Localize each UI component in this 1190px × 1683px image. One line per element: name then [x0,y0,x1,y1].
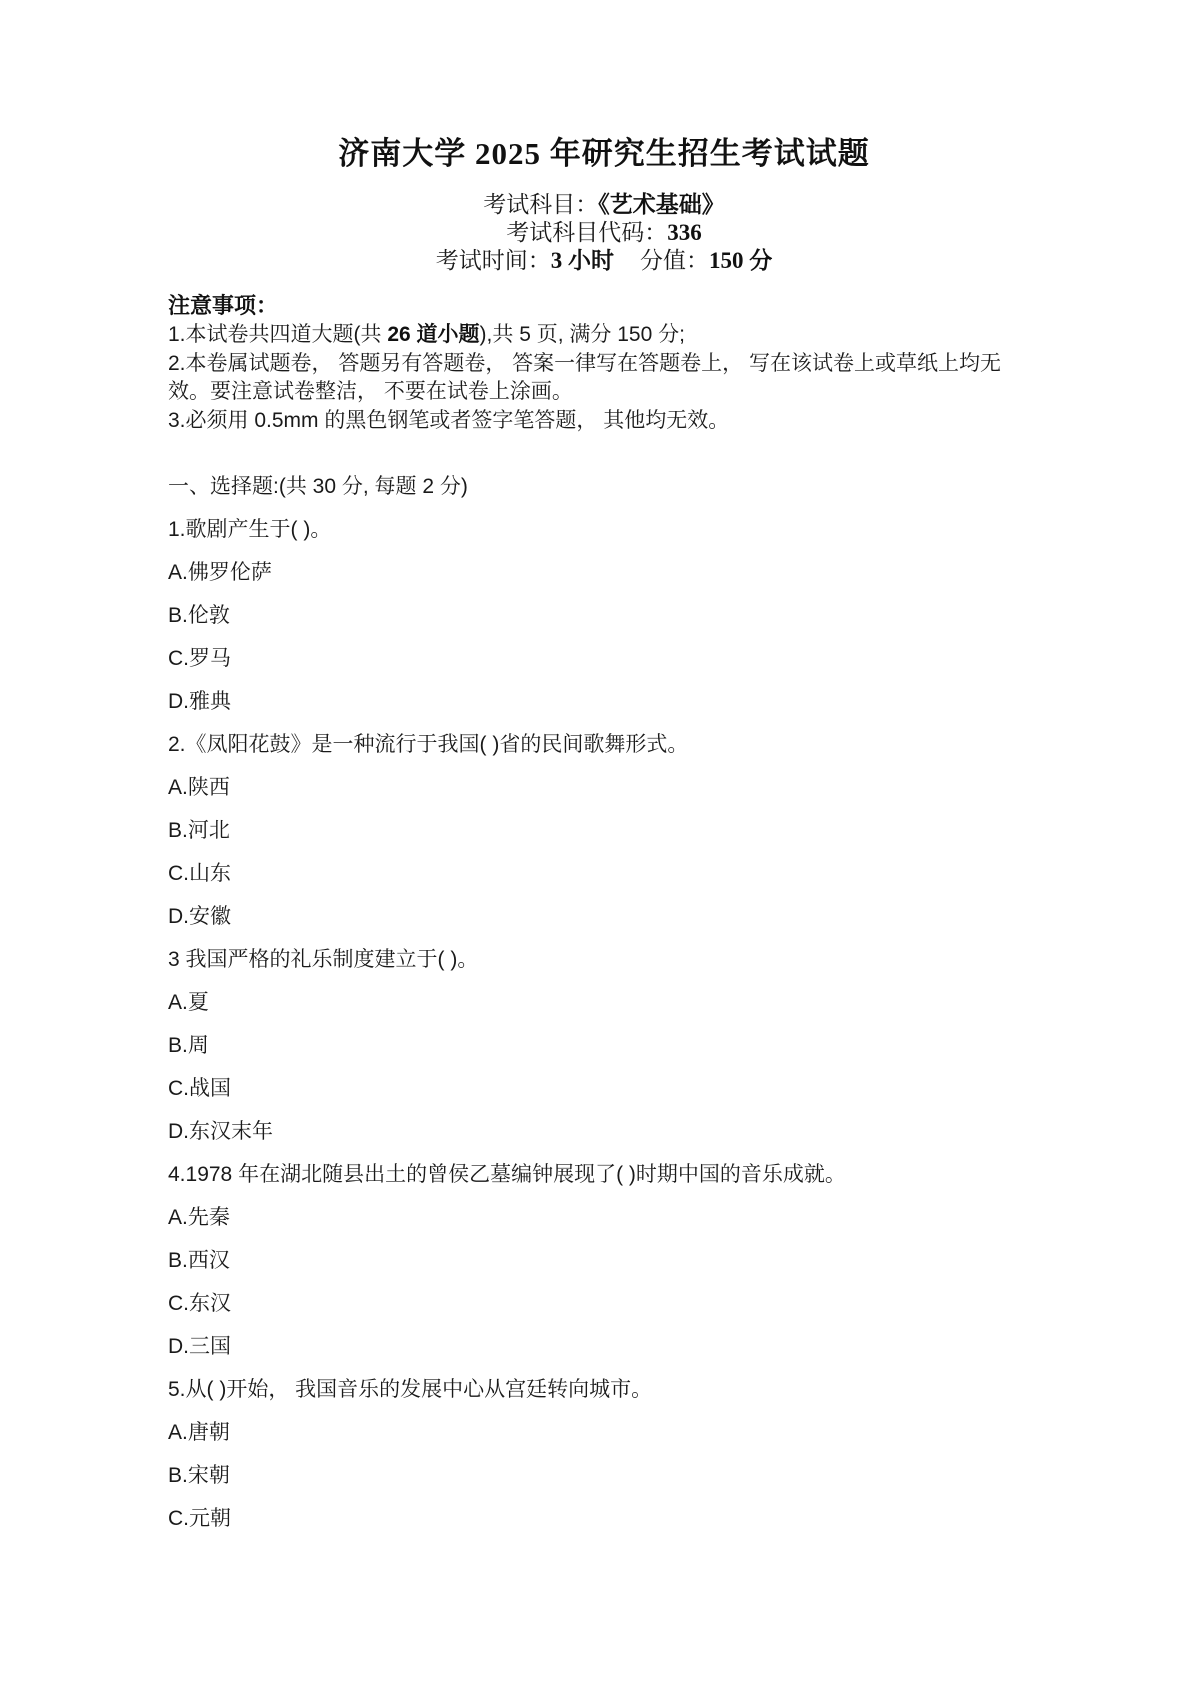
question-3-option-b: B.周 [168,1024,1040,1067]
question-5-option-a: A.唐朝 [168,1411,1040,1454]
question-4-text: 4.1978 年在湖北随县出土的曾侯乙墓编钟展现了( )时期中国的音乐成就。 [168,1153,1040,1196]
section-heading: 一、选择题:(共 30 分, 每题 2 分) [168,465,1040,508]
question-2-option-d: D.安徽 [168,895,1040,938]
exam-paper-page: 济南大学 2025 年研究生招生考试试题 考试科目：《艺术基础》 考试科目代码：… [0,0,1190,1683]
notice-item-1-post: ),共 5 页, 满分 150 分; [480,323,685,346]
question-5-option-c: C.元朝 [168,1497,1040,1540]
question-4-option-a: A.先秦 [168,1196,1040,1239]
question-2-text: 2.《凤阳花鼓》是一种流行于我国( )省的民间歌舞形式。 [168,723,1040,766]
question-2-option-c: C.山东 [168,852,1040,895]
exam-subject-line: 考试科目：《艺术基础》 [168,191,1040,219]
question-4-option-c: C.东汉 [168,1282,1040,1325]
exam-score-value: 150 分 [709,248,772,273]
question-1-option-c: C.罗马 [168,637,1040,680]
page-title: 济南大学 2025 年研究生招生考试试题 [168,128,1040,173]
multiple-choice-section: 一、选择题:(共 30 分, 每题 2 分) 1.歌剧产生于( )。 A.佛罗伦… [168,465,1040,1540]
question-2-option-a: A.陕西 [168,766,1040,809]
exam-time-label: 考试时间： [436,248,551,273]
question-1-option-d: D.雅典 [168,680,1040,723]
question-5-option-b: B.宋朝 [168,1454,1040,1497]
question-1-option-a: A.佛罗伦萨 [168,551,1040,594]
question-4-option-d: D.三国 [168,1325,1040,1368]
question-3-option-d: D.东汉末年 [168,1110,1040,1153]
exam-subject-label: 考试科目： [483,192,598,217]
notices-heading: 注意事项： [168,291,1040,321]
question-2-option-b: B.河北 [168,809,1040,852]
question-5-text: 5.从( )开始， 我国音乐的发展中心从宫廷转向城市。 [168,1368,1040,1411]
notice-item-1-bold: 26 道小题 [387,323,479,346]
exam-code-label: 考试科目代码： [506,220,667,245]
notice-item-1: 1.本试卷共四道大题(共 26 道小题),共 5 页, 满分 150 分; [168,321,1040,350]
question-4-option-b: B.西汉 [168,1239,1040,1282]
question-1-text: 1.歌剧产生于( )。 [168,508,1040,551]
question-3-text: 3 我国严格的礼乐制度建立于( )。 [168,938,1040,981]
notice-item-3: 3.必须用 0.5mm 的黑色钢笔或者签字笔答题， 其他均无效。 [168,407,1040,436]
exam-time-score-line: 考试时间：3 小时分值：150 分 [168,247,1040,275]
exam-subject-value: 《艺术基础》 [598,192,725,217]
question-1-option-b: B.伦敦 [168,594,1040,637]
notice-item-1-pre: 1.本试卷共四道大题(共 [168,323,387,346]
exam-score-label: 分值： [640,248,709,273]
exam-code-line: 考试科目代码：336 [168,219,1040,247]
notices-section: 注意事项： 1.本试卷共四道大题(共 26 道小题),共 5 页, 满分 150… [168,291,1040,435]
question-3-option-c: C.战国 [168,1067,1040,1110]
exam-time-value: 3 小时 [551,248,614,273]
exam-code-value: 336 [667,220,702,245]
question-3-option-a: A.夏 [168,981,1040,1024]
notice-item-2: 2.本卷属试题卷， 答题另有答题卷， 答案一律写在答题卷上， 写在该试卷上或草纸… [168,350,1040,407]
